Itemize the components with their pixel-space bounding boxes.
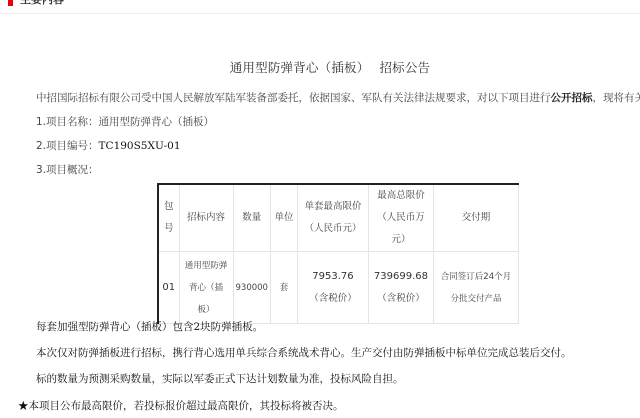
cell-unit-price-value: 7953.76	[300, 266, 366, 288]
cell-total-price: 739699.68 （含税价）	[368, 252, 433, 324]
bid-items-table: 包 号 招标内容 数量 单位 单套最高限价 （人民币元） 最高总限价 （人民币万…	[157, 183, 519, 324]
intro-text-before: 中招国际招标有限公司受中国人民解放军陆军装备部委托，依据国家、军队有关法律法规要…	[36, 92, 551, 104]
header-total-price-line1: 最高总限价	[371, 185, 431, 207]
note-plates-per-set: 每套加强型防弹背心（插板）包含2块防弹插板。	[36, 320, 263, 334]
project-number-label: 2.项目编号：	[36, 140, 99, 152]
title-suffix: 招标公告	[379, 60, 430, 75]
intro-bold-text: 公开招标	[551, 92, 593, 104]
cell-content-line1: 通用型防弹	[182, 255, 231, 277]
document-title: 通用型防弹背心（插板）招标公告	[0, 58, 640, 76]
section-header: 主要内容	[0, 0, 640, 14]
cell-unit: 套	[270, 252, 297, 324]
cell-content-line2: 背心（插	[182, 277, 231, 299]
header-unit-price: 单套最高限价 （人民币元）	[297, 184, 368, 252]
cell-unit-price: 7953.76 （含税价）	[297, 252, 368, 324]
cell-content-line3: 板）	[182, 299, 231, 321]
header-unit-price-line2: （人民币元）	[300, 218, 366, 240]
header-delivery: 交付期	[433, 184, 518, 252]
cell-delivery: 合同签订后24个月 分批交付产品	[433, 252, 518, 324]
header-quantity: 数量	[233, 184, 270, 252]
cell-unit-price-note: （含税价）	[300, 288, 366, 310]
cell-package-no: 01	[158, 252, 179, 324]
header-total-price-line2: （人民币万元）	[371, 207, 431, 251]
item-project-name: 1.项目名称：通用型防弹背心（插板）	[36, 115, 214, 129]
cell-delivery-line1: 合同签订后24个月	[436, 266, 516, 288]
intro-text-after: ，现将有关事项通知如下：	[593, 92, 640, 104]
header-package-no-line1: 包	[161, 196, 177, 218]
note-quantity-forecast: 标的数量为预测采购数量，实际以军委正式下达计划数量为准，投标风险自担。	[36, 372, 404, 386]
note-max-price-warning: ★本项目公布最高限价，若投标报价超过最高限价，其投标将被否决。	[18, 399, 344, 413]
cell-delivery-line2: 分批交付产品	[436, 288, 516, 310]
cell-total-price-note: （含税价）	[371, 288, 431, 310]
cell-content: 通用型防弹 背心（插 板）	[179, 252, 233, 324]
header-unit-price-line1: 单套最高限价	[300, 196, 366, 218]
item-project-overview: 3.项目概况：	[36, 163, 99, 177]
project-number-value: TC190S5XU-01	[99, 140, 181, 152]
section-marker	[8, 0, 13, 6]
table-header-row: 包 号 招标内容 数量 单位 单套最高限价 （人民币元） 最高总限价 （人民币万…	[158, 184, 518, 252]
item-project-number: 2.项目编号：TC190S5XU-01	[36, 139, 181, 153]
section-title: 主要内容	[20, 0, 64, 7]
intro-paragraph: 中招国际招标有限公司受中国人民解放军陆军装备部委托，依据国家、军队有关法律法规要…	[36, 91, 640, 105]
header-content: 招标内容	[179, 184, 233, 252]
cell-quantity: 930000	[233, 252, 270, 324]
note-bid-scope: 本次仅对防弹插板进行招标，携行背心选用单兵综合系统战术背心。生产交付由防弹插板中…	[36, 346, 572, 360]
header-unit: 单位	[270, 184, 297, 252]
title-main: 通用型防弹背心（插板）	[230, 60, 370, 75]
header-package-no-line2: 号	[161, 218, 177, 240]
header-total-price: 最高总限价 （人民币万元）	[368, 184, 433, 252]
header-package-no: 包 号	[158, 184, 179, 252]
cell-total-price-value: 739699.68	[371, 266, 431, 288]
table-row: 01 通用型防弹 背心（插 板） 930000 套 7953.76 （含税价） …	[158, 252, 518, 324]
